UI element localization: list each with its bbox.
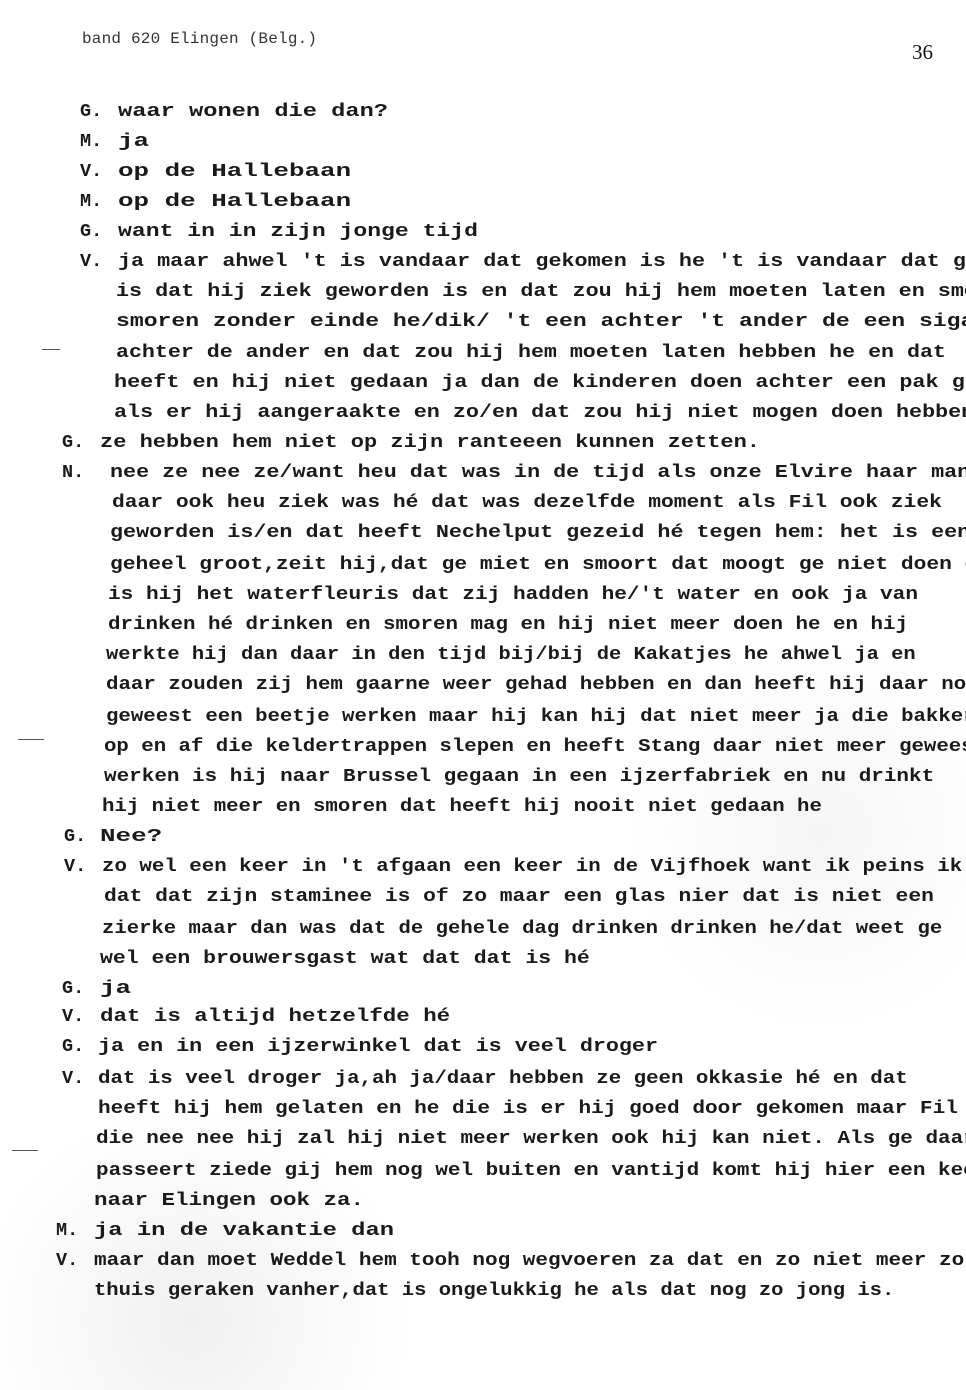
page-number: 36: [912, 40, 933, 65]
speaker-label: G.: [62, 432, 84, 454]
transcript-line: op en af die keldertrappen slepen en hee…: [104, 736, 966, 758]
speaker-label: G.: [64, 826, 86, 848]
transcript-line: op de Hallebaan: [118, 191, 351, 213]
transcript-line: thuis geraken vanher,dat is ongelukkig h…: [94, 1280, 894, 1302]
transcript-line: wel een brouwersgast wat dat dat is hé: [100, 948, 590, 970]
transcript-line: passeert ziede gij hem nog wel buiten en…: [96, 1160, 966, 1182]
transcript-line: werkte hij dan daar in den tijd bij/bij …: [106, 644, 916, 666]
speaker-label: G.: [80, 221, 102, 243]
transcript-line: geworden is/en dat heeft Nechelput gezei…: [110, 522, 966, 544]
transcript-line: maar dan moet Weddel hem tooh nog wegvoe…: [94, 1250, 964, 1272]
transcript-line: ja: [100, 978, 131, 1000]
transcript-line: dat is altijd hetzelfde hé: [100, 1006, 450, 1028]
transcript-line: die nee nee hij zal hij niet meer werken…: [96, 1128, 966, 1150]
transcript-line: heeft en hij niet gedaan ja dan de kinde…: [114, 372, 966, 394]
speaker-label: V.: [80, 251, 102, 273]
transcript-line: werken is hij naar Brussel gegaan in een…: [104, 766, 934, 788]
transcript-line: smoren zonder einde he/dik/ 't een achte…: [116, 311, 966, 333]
speaker-label: V.: [80, 161, 102, 183]
speaker-label: G.: [62, 978, 84, 1000]
typed-transcript-page: band 620 Elingen (Belg.) 36 G.waar wonen…: [0, 0, 966, 1390]
transcript-line: drinken hé drinken en smoren mag en hij …: [108, 614, 908, 636]
transcript-line: ja in de vakantie dan: [94, 1220, 394, 1242]
margin-mark: [42, 349, 60, 350]
speaker-label: M.: [80, 131, 102, 153]
speaker-label: M.: [80, 191, 102, 213]
transcript-line: geheel groot,zeit hij,dat ge miet en smo…: [110, 554, 966, 576]
transcript-line: naar Elingen ook za.: [94, 1190, 364, 1212]
transcript-line: waar wonen die dan?: [118, 101, 388, 123]
transcript-line: Nee?: [100, 826, 162, 848]
speaker-label: G.: [80, 101, 102, 123]
speaker-label: G.: [62, 1036, 84, 1058]
transcript-line: is dat hij ziek geworden is en dat zou h…: [116, 281, 966, 303]
transcript-line: dat dat zijn staminee is of zo maar een …: [104, 886, 934, 908]
transcript-line: daar ook heu ziek was hé dat was dezelfd…: [112, 492, 942, 514]
transcript-line: dat is veel droger ja,ah ja/daar hebben …: [98, 1068, 908, 1090]
transcript-line: want in in zijn jonge tijd: [118, 221, 478, 243]
document-header: band 620 Elingen (Belg.): [82, 30, 317, 48]
transcript-line: zierke maar dan was dat de gehele dag dr…: [102, 918, 942, 940]
transcript-line: als er hij aangeraakte en zo/en dat zou …: [114, 402, 966, 424]
transcript-line: ja: [118, 131, 149, 153]
transcript-line: zo wel een keer in 't afgaan een keer in…: [102, 856, 962, 878]
transcript-line: ze hebben hem niet op zijn ranteeen kunn…: [100, 432, 760, 454]
speaker-label: V.: [62, 1068, 84, 1090]
transcript-line: geweest een beetje werken maar hij kan h…: [106, 706, 966, 728]
speaker-label: V.: [56, 1250, 78, 1272]
transcript-line: heeft hij hem gelaten en he die is er hi…: [98, 1098, 958, 1120]
transcript-line: nee ze nee ze/want heu dat was in de tij…: [110, 462, 966, 484]
transcript-line: ja maar ahwel 't is vandaar dat gekomen …: [118, 251, 966, 273]
margin-mark: [18, 739, 44, 740]
transcript-line: is hij het waterfleuris dat zij hadden h…: [108, 584, 918, 606]
transcript-line: achter de ander en dat zou hij hem moete…: [116, 342, 946, 364]
transcript-line: daar zouden zij hem gaarne weer gehad he…: [106, 674, 966, 696]
speaker-label: M.: [56, 1220, 78, 1242]
margin-mark: [12, 1150, 38, 1151]
speaker-label: V.: [64, 856, 86, 878]
speaker-label: V.: [62, 1006, 84, 1028]
transcript-line: ja en in een ijzerwinkel dat is veel dro…: [98, 1036, 658, 1058]
speaker-label: N.: [62, 462, 84, 484]
transcript-line: op de Hallebaan: [118, 161, 351, 183]
transcript-line: hij niet meer en smoren dat heeft hij no…: [102, 796, 822, 818]
